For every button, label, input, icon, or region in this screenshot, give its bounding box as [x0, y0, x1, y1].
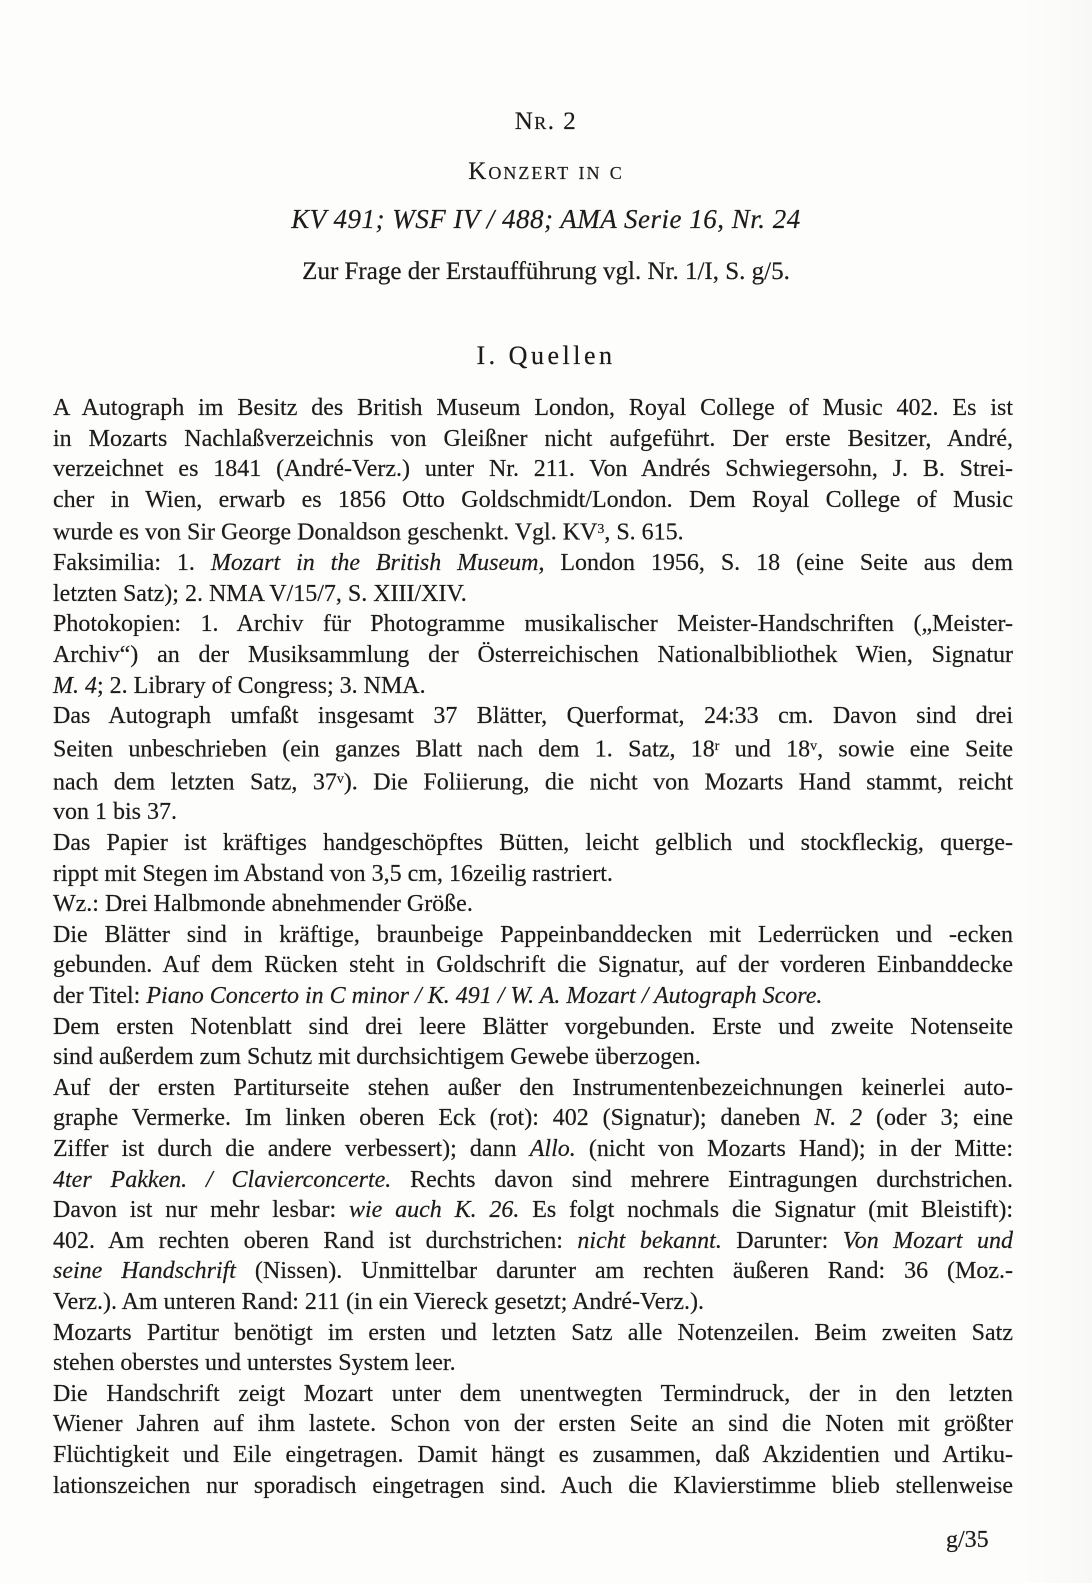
italic-text: Piano Concerto in C minor / K. 491 / W. … [146, 983, 822, 1009]
text-line: verzeichnet es 1841 (André-Verz.) unter … [53, 454, 1013, 485]
text-line: Seiten unbeschrieben (ein ganzes Blatt n… [53, 732, 1013, 765]
text-line: graphe Vermerke. Im linken oberen Eck (r… [53, 1103, 1013, 1134]
text-segment: Wz.: Drei Halbmonde abnehmender Größe. [53, 891, 473, 917]
text-segment: Es folgt nochmals die Signatur (mit Blei… [519, 1197, 1013, 1223]
text-line: Das Autograph umfaßt insgesamt 37 Blätte… [53, 701, 1013, 732]
text-line: Ziffer ist durch die andere verbessert);… [53, 1134, 1013, 1165]
text-line: Davon ist nur mehr lesbar: wie auch K. 2… [53, 1195, 1013, 1226]
autograph-umfang: Das Autograph umfaßt insgesamt 37 Blätte… [53, 701, 1013, 828]
italic-text: Von Mozart und [843, 1228, 1013, 1254]
text-segment: Faksimilia: 1. [53, 550, 211, 576]
text-segment: von 1 bis 37. [53, 799, 177, 825]
text-segment: Dem ersten Notenblatt sind drei leere Bl… [53, 1014, 1013, 1040]
premiere-note: Zur Frage der Erstaufführung vgl. Nr. 1/… [0, 258, 1092, 286]
text-line: Verz.). Am unteren Rand: 211 (in ein Vie… [53, 1287, 1013, 1318]
text-segment: (oder 3; eine [862, 1105, 1013, 1131]
text-segment: Das Papier ist kräftiges handgeschöpftes… [53, 830, 1013, 856]
source-a-provenance: A Autograph im Besitz des British Museum… [53, 393, 1013, 548]
text-segment: Seiten unbeschrieben (ein ganzes Blatt n… [53, 736, 715, 762]
text-line: Die Blätter sind in kräftige, braunbeige… [53, 920, 1013, 951]
text-line: letzten Satz); 2. NMA V/15/7, S. XIII/XI… [53, 579, 1013, 610]
text-line: A Autograph im Besitz des British Museum… [53, 393, 1013, 424]
work-title: Konzert in c [0, 158, 1092, 186]
text-segment: Die Handschrift zeigt Mozart unter dem u… [53, 1381, 1013, 1407]
text-segment: verzeichnet es 1841 (André-Verz.) unter … [53, 456, 1013, 482]
wasserzeichen: Wz.: Drei Halbmonde abnehmender Größe. [53, 889, 1013, 920]
italic-text: Allo. [530, 1136, 576, 1162]
text-segment: (nicht von Mozarts Hand); in der Mitte: [576, 1136, 1013, 1162]
text-segment: rippt mit Stegen im Abstand von 3,5 cm, … [53, 861, 613, 887]
text-line: seine Handschrift (Nissen). Unmittelbar … [53, 1256, 1013, 1287]
text-segment: der Titel: [53, 983, 146, 1009]
text-segment: A Autograph im Besitz des British Museum… [53, 395, 1013, 421]
text-segment: Das Autograph umfaßt insgesamt 37 Blätte… [53, 703, 1013, 729]
text-segment: gebunden. Auf dem Rücken steht in Goldsc… [53, 952, 1013, 978]
text-segment: cher in Wien, erwarb es 1856 Otto Goldsc… [53, 487, 1013, 513]
text-segment: Rechts davon sind mehrere Eintragungen d… [391, 1167, 1013, 1193]
text-line: M. 4; 2. Library of Congress; 3. NMA. [53, 671, 1013, 702]
faksimilia: Faksimilia: 1. Mozart in the British Mus… [53, 548, 1013, 609]
catalog-line: KV 491; WSF IV / 488; AMA Serie 16, Nr. … [0, 204, 1092, 235]
page-number: g/35 [946, 1527, 989, 1554]
text-segment: sind außerdem zum Schutz mit durchsichti… [53, 1044, 701, 1070]
italic-text: Mozart in the British Museum [211, 550, 539, 576]
text-line: sind außerdem zum Schutz mit durchsichti… [53, 1042, 1013, 1073]
text-line: Photokopien: 1. Archiv für Photogramme m… [53, 609, 1013, 640]
text-line: 4ter Pakken. / Clavierconcerte. Rechts d… [53, 1165, 1013, 1196]
notenzeilen: Mozarts Partitur benötigt im ersten und … [53, 1318, 1013, 1379]
text-segment: Auf der ersten Partiturseite stehen auße… [53, 1075, 1013, 1101]
text-line: Mozarts Partitur benötigt im ersten und … [53, 1318, 1013, 1349]
text-line: 402. Am rechten oberen Rand ist durchstr… [53, 1226, 1013, 1257]
scanned-document-page: Nr. 2 Konzert in c KV 491; WSF IV / 488;… [0, 0, 1092, 1583]
text-line: lationszeichen nur sporadisch eingetrage… [53, 1471, 1013, 1502]
text-segment: , sowie eine Seite [817, 736, 1013, 762]
italic-text: M. 4 [53, 673, 97, 699]
papier: Das Papier ist kräftiges handgeschöpftes… [53, 828, 1013, 889]
italic-text: 4ter Pakken. / Clavierconcerte. [53, 1167, 391, 1193]
entry-number: Nr. 2 [0, 108, 1092, 136]
italic-text: wie auch K. 26. [349, 1197, 519, 1223]
text-segment: (Nissen). Unmittelbar darunter am rechte… [236, 1258, 1013, 1284]
text-line: Wiener Jahren auf ihm lastete. Schon von… [53, 1409, 1013, 1440]
text-line: nach dem letzten Satz, 37v). Die Foliier… [53, 765, 1013, 798]
body-text: A Autograph im Besitz des British Museum… [53, 393, 1013, 1501]
text-line: Faksimilia: 1. Mozart in the British Mus… [53, 548, 1013, 579]
text-segment: ; 2. Library of Congress; 3. NMA. [97, 673, 426, 699]
text-segment: ). Die Foliierung, die nicht von Mozarts… [344, 769, 1013, 795]
text-segment: Wiener Jahren auf ihm lastete. Schon von… [53, 1411, 1013, 1437]
text-segment: Davon ist nur mehr lesbar: [53, 1197, 349, 1223]
text-segment: , London 1956, S. 18 (eine Seite aus dem [538, 550, 1013, 576]
text-segment: Flüchtigkeit und Eile eingetragen. Damit… [53, 1442, 1013, 1468]
erste-partiturseite: Auf der ersten Partiturseite stehen auße… [53, 1073, 1013, 1318]
italic-text: seine Handschrift [53, 1258, 236, 1284]
text-segment: stehen oberstes und unterstes System lee… [53, 1350, 456, 1376]
text-segment: Verz.). Am unteren Rand: 211 (in ein Vie… [53, 1289, 704, 1315]
text-segment: letzten Satz); 2. NMA V/15/7, S. XIII/XI… [53, 581, 467, 607]
text-line: Wz.: Drei Halbmonde abnehmender Größe. [53, 889, 1013, 920]
text-segment: Mozarts Partitur benötigt im ersten und … [53, 1320, 1013, 1346]
text-segment: 402. Am rechten oberen Rand ist durchstr… [53, 1228, 577, 1254]
text-segment: Photokopien: 1. Archiv für Photogramme m… [53, 611, 1013, 637]
text-segment: in Mozarts Nachlaßverzeichnis von Gleißn… [53, 426, 1013, 452]
text-segment: Die Blätter sind in kräftige, braunbeige… [53, 922, 1013, 948]
text-line: stehen oberstes und unterstes System lee… [53, 1348, 1013, 1379]
italic-text: nicht bekannt. [577, 1228, 721, 1254]
text-segment: nach dem letzten Satz, 37 [53, 769, 337, 795]
text-segment: wurde es von Sir George Donaldson gesche… [53, 520, 597, 546]
handschrift-charakter: Die Handschrift zeigt Mozart unter dem u… [53, 1379, 1013, 1501]
superscript-text: v [337, 772, 344, 787]
text-line: Dem ersten Notenblatt sind drei leere Bl… [53, 1012, 1013, 1043]
photokopien: Photokopien: 1. Archiv für Photogramme m… [53, 609, 1013, 701]
text-line: Archiv“) an der Musiksammlung der Österr… [53, 640, 1013, 671]
text-line: Flüchtigkeit und Eile eingetragen. Damit… [53, 1440, 1013, 1471]
text-segment: Ziffer ist durch die andere verbessert);… [53, 1136, 530, 1162]
section-heading: I. Quellen [0, 341, 1092, 371]
text-segment: lationszeichen nur sporadisch eingetrage… [53, 1473, 1013, 1499]
text-line: rippt mit Stegen im Abstand von 3,5 cm, … [53, 859, 1013, 890]
text-line: in Mozarts Nachlaßverzeichnis von Gleißn… [53, 424, 1013, 455]
text-line: Das Papier ist kräftiges handgeschöpftes… [53, 828, 1013, 859]
italic-text: N. 2 [814, 1105, 862, 1131]
text-line: der Titel: Piano Concerto in C minor / K… [53, 981, 1013, 1012]
einband: Die Blätter sind in kräftige, braunbeige… [53, 920, 1013, 1012]
text-line: gebunden. Auf dem Rücken steht in Goldsc… [53, 950, 1013, 981]
text-line: cher in Wien, erwarb es 1856 Otto Goldsc… [53, 485, 1013, 516]
text-segment: Archiv“) an der Musiksammlung der Österr… [53, 642, 1013, 668]
text-segment: und 18 [719, 736, 810, 762]
text-segment: graphe Vermerke. Im linken oberen Eck (r… [53, 1105, 814, 1131]
text-line: Die Handschrift zeigt Mozart unter dem u… [53, 1379, 1013, 1410]
text-line: Auf der ersten Partiturseite stehen auße… [53, 1073, 1013, 1104]
text-line: von 1 bis 37. [53, 797, 1013, 828]
text-line: wurde es von Sir George Donaldson gesche… [53, 515, 1013, 548]
text-segment: , S. 615. [604, 520, 683, 546]
text-segment: Darunter: [722, 1228, 843, 1254]
vorsatzblaetter: Dem ersten Notenblatt sind drei leere Bl… [53, 1012, 1013, 1073]
